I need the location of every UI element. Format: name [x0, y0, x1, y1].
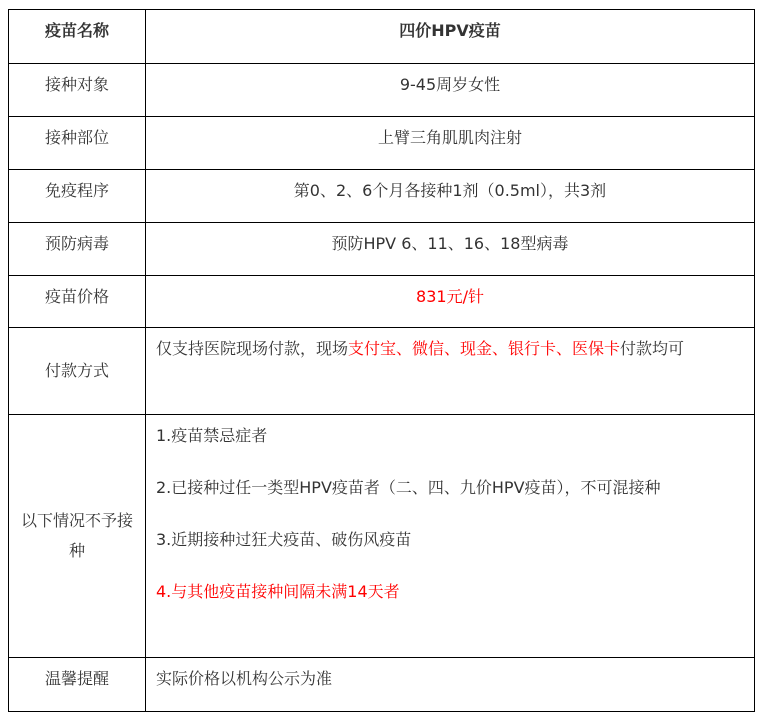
- list-item: 1.疫苗禁忌症者: [156, 421, 744, 451]
- price-value: 831元/针: [146, 276, 755, 328]
- reminder-value: 实际价格以机构公示为准: [146, 658, 755, 712]
- row-label: 付款方式: [9, 328, 146, 415]
- header-label: 疫苗名称: [9, 10, 146, 64]
- list-item: 3.近期接种过狂犬疫苗、破伤风疫苗: [156, 525, 744, 555]
- table-row-reminder: 温馨提醒 实际价格以机构公示为准: [9, 658, 755, 712]
- table-row-site: 接种部位 上臂三角肌肌肉注射: [9, 117, 755, 170]
- vaccine-name: 四价HPV疫苗: [146, 10, 755, 64]
- table-row-contraindications: 以下情况不予接种 1.疫苗禁忌症者 2.已接种过任一类型HPV疫苗者（二、四、九…: [9, 415, 755, 658]
- row-value: 预防HPV 6、11、16、18型病毒: [146, 223, 755, 276]
- row-label: 免疫程序: [9, 170, 146, 223]
- table-header-row: 疫苗名称 四价HPV疫苗: [9, 10, 755, 64]
- row-value: 第0、2、6个月各接种1剂（0.5ml），共3剂: [146, 170, 755, 223]
- payment-prefix: 仅支持医院现场付款，现场: [156, 339, 348, 358]
- list-item-highlight: 4.与其他疫苗接种间隔未满14天者: [156, 577, 744, 607]
- table-row-payment: 付款方式 仅支持医院现场付款，现场支付宝、微信、现金、银行卡、医保卡付款均可: [9, 328, 755, 415]
- row-label: 以下情况不予接种: [9, 415, 146, 658]
- payment-methods: 支付宝、微信、现金、银行卡、医保卡: [348, 339, 620, 358]
- row-label: 接种部位: [9, 117, 146, 170]
- payment-suffix: 付款均可: [620, 339, 684, 358]
- table-row-price: 疫苗价格 831元/针: [9, 276, 755, 328]
- row-label: 温馨提醒: [9, 658, 146, 712]
- table-row-target: 接种对象 9-45周岁女性: [9, 64, 755, 117]
- row-label: 预防病毒: [9, 223, 146, 276]
- table-row-prevention: 预防病毒 预防HPV 6、11、16、18型病毒: [9, 223, 755, 276]
- list-item: 2.已接种过任一类型HPV疫苗者（二、四、九价HPV疫苗），不可混接种: [156, 473, 744, 503]
- vaccine-info-table: 疫苗名称 四价HPV疫苗 接种对象 9-45周岁女性 接种部位 上臂三角肌肌肉注…: [8, 9, 755, 712]
- table-row-schedule: 免疫程序 第0、2、6个月各接种1剂（0.5ml），共3剂: [9, 170, 755, 223]
- row-label: 接种对象: [9, 64, 146, 117]
- contraindications-list: 1.疫苗禁忌症者 2.已接种过任一类型HPV疫苗者（二、四、九价HPV疫苗），不…: [146, 415, 755, 658]
- row-value: 上臂三角肌肌肉注射: [146, 117, 755, 170]
- row-label: 疫苗价格: [9, 276, 146, 328]
- payment-value: 仅支持医院现场付款，现场支付宝、微信、现金、银行卡、医保卡付款均可: [146, 328, 755, 415]
- row-value: 9-45周岁女性: [146, 64, 755, 117]
